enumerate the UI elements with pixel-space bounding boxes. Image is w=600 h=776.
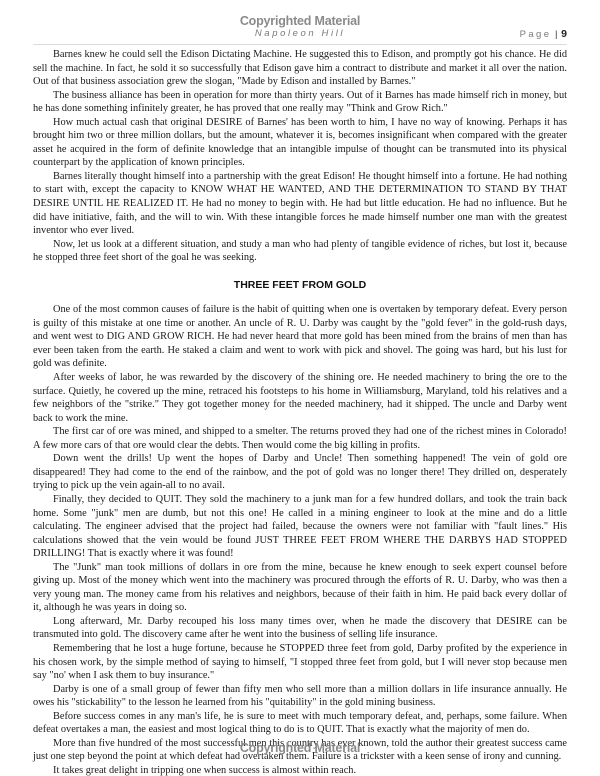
paragraph: Darby is one of a small group of fewer t… <box>33 683 567 710</box>
copyright-watermark-bottom: Copyrighted Material <box>0 741 600 755</box>
paragraph: Long afterward, Mr. Darby recouped his l… <box>33 615 567 642</box>
paragraph: Remembering that he lost a huge fortune,… <box>33 642 567 683</box>
paragraph: Barnes literally thought himself into a … <box>33 170 567 238</box>
copyright-watermark-top: Copyrighted Material <box>0 14 600 28</box>
page-number-block: Page | 9 <box>520 28 567 40</box>
paragraph: Barnes knew he could sell the Edison Dic… <box>33 48 567 89</box>
page-separator: | <box>554 29 558 40</box>
paragraph: Before success comes in any man's life, … <box>33 710 567 737</box>
section-heading: THREE FEET FROM GOLD <box>33 279 567 293</box>
paragraph: It takes great delight in tripping one w… <box>33 764 567 776</box>
page-number: 9 <box>561 28 567 40</box>
paragraph: Finally, they decided to QUIT. They sold… <box>33 493 567 561</box>
paragraph: One of the most common causes of failure… <box>33 303 567 371</box>
paragraph: Now, let us look at a different situatio… <box>33 238 567 265</box>
paragraph: The first car of ore was mined, and ship… <box>33 425 567 452</box>
paragraph: The "Junk" man took millions of dollars … <box>33 561 567 615</box>
page-body: Barnes knew he could sell the Edison Dic… <box>33 48 567 776</box>
paragraph: How much actual cash that original DESIR… <box>33 116 567 170</box>
page-label: Page <box>520 29 552 40</box>
paragraph: The business alliance has been in operat… <box>33 89 567 116</box>
paragraph: Down went the drills! Up went the hopes … <box>33 452 567 493</box>
header-author: Napoleon Hill <box>33 28 567 39</box>
page-header: Napoleon Hill Page | 9 <box>33 27 567 45</box>
paragraph: After weeks of labor, he was rewarded by… <box>33 371 567 425</box>
